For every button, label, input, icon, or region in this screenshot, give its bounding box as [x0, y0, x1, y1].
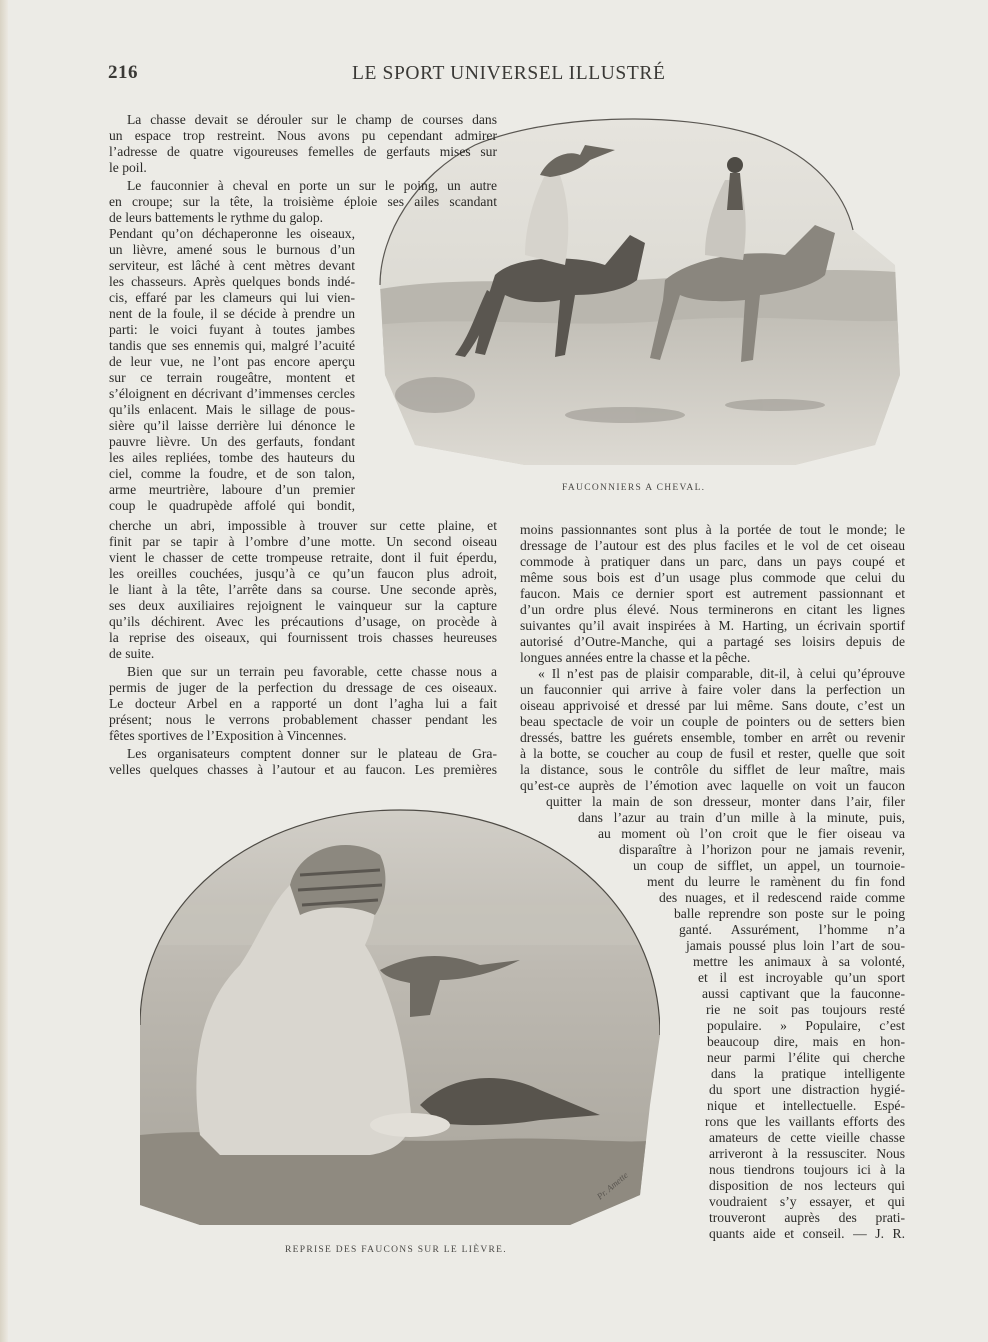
article-line: dressés, battre les guérets ensemble, to…: [520, 730, 905, 746]
article-line: beau spectacle de voir un couple de poin…: [520, 714, 905, 730]
article-line: parti: le voici fuyant à toutes jambes: [109, 322, 355, 338]
article-line: aussi captivant que la fauconne-: [702, 986, 905, 1002]
article-line: pauvre lièvre. Un des gerfauts, fondant: [109, 434, 355, 450]
article-line: beaucoup dire, mais en hon-: [707, 1034, 905, 1050]
article-line: arme meurtrière, laboure d’un premier: [109, 482, 355, 498]
article-line: fêtes sportives de l’Exposition à Vincen…: [109, 728, 497, 744]
article-line: moins passionnantes sont plus à la porté…: [520, 522, 905, 538]
running-title: LE SPORT UNIVERSEL ILLUSTRÉ: [352, 63, 666, 85]
article-line: cis, effaré par les clameurs qui lui vie…: [109, 290, 355, 306]
article-line: nique et intellectuelle. Espé-: [707, 1098, 905, 1114]
article-line: longues années entre la chasse et la pêc…: [520, 650, 905, 666]
article-line: quitter la main de son dresseur, monter …: [546, 794, 905, 810]
article-line: sur ce terrain rougeâtre, montent et: [109, 370, 355, 386]
article-line: ciel, comme la foudre, et de son talon,: [109, 466, 355, 482]
article-line: finit par se tapir à l’ombre d’une motte…: [109, 534, 497, 550]
article-line: trouveront auprès des prati-: [709, 1210, 905, 1226]
article-line: dans la pratique intelligente: [711, 1066, 905, 1082]
article-line: de leur vue, ne l’ont pas encore aperçu: [109, 354, 355, 370]
article-line: serviteur, est lâché à cent mètres devan…: [109, 258, 355, 274]
article-line: amateurs de cette vieille chasse: [709, 1130, 905, 1146]
article-line: à la botte, se coucher au coup de fusil …: [520, 746, 905, 762]
article-line: quants aide et conseil. — J. R.: [709, 1226, 905, 1242]
article-line: un espace trop restreint. Nous avons pu …: [109, 128, 497, 144]
article-line: dressage de l’autour est des plus facile…: [520, 538, 905, 554]
article-line: qu’est-ce auprès de l’émotion avec laque…: [520, 778, 905, 794]
article-line: vient le chasser de cette trompeuse retr…: [109, 550, 497, 566]
article-line: même sous bois est d’un usage plus commo…: [520, 570, 905, 586]
article-line: et il est incroyable qu’un sport: [698, 970, 905, 986]
page-number: 216: [108, 62, 138, 84]
article-line: autorisé d’Outre-Manche, qui a partagé s…: [520, 634, 905, 650]
article-line: sière qu’il laisse derrière lui dénonce …: [109, 418, 355, 434]
article-line: Bien que sur un terrain peu favorable, c…: [127, 664, 497, 680]
article-line: commode à pratiquer dans un parc, dans u…: [520, 554, 905, 570]
article-line: mettre les animaux à sa volonté,: [693, 954, 905, 970]
article-line: jamais poussé plus loin l’art de sou-: [686, 938, 905, 954]
article-line: d’un ordre plus élevé. Nous terminerons …: [520, 602, 905, 618]
article-line: en croupe; sur la tête, la troisième épl…: [109, 194, 497, 210]
article-line: un fauconnier qui arrive à faire voler d…: [520, 682, 905, 698]
article-line: La chasse devait se dérouler sur le cham…: [127, 112, 497, 128]
article-line: nous tiendrons toujours ici à la: [709, 1162, 905, 1178]
article-line: un lièvre, amené sous le burnous d’un: [109, 242, 355, 258]
article-line: balle reprendre son poste sur le poing: [674, 906, 905, 922]
article-line: Le fauconnier à cheval en porte un sur l…: [127, 178, 497, 194]
article-line: le poil.: [109, 160, 497, 176]
article-line: l’adresse de quatre vigoureuses femelles…: [109, 144, 497, 160]
article-line: s’éloignent en décrivant d’immenses cerc…: [109, 386, 355, 402]
article-line: au moment où l’on croit que le fier oise…: [598, 826, 905, 842]
article-line: un coup de sifflet, un appel, un tournoi…: [633, 858, 905, 874]
article-line: voudraient s’y essayer, et qui: [709, 1194, 905, 1210]
article-line: arriveront à la ressusciter. Nous: [709, 1146, 905, 1162]
article-line: ses deux auxiliaires rejoignent le vainq…: [109, 598, 497, 614]
photo-reprise-des-faucons: Pr. Amette: [140, 805, 660, 1225]
article-line: les oreilles couchées, jusqu’à ce qu’un …: [109, 566, 497, 582]
article-line: qu’ils enlacent. Mais le sillage de pous…: [109, 402, 355, 418]
article-line: le liant à la tête, l’arrête dans sa cou…: [109, 582, 497, 598]
article-line: ganté. Assurément, l’homme n’a: [679, 922, 905, 938]
article-line: oiseau apprivoisé et dressé par lui même…: [520, 698, 905, 714]
article-line: faucon. Mais ce dernier sport est autrem…: [520, 586, 905, 602]
article-line: rons que les vaillants efforts des: [705, 1114, 905, 1130]
article-line: présent; nous le verrons probablement ch…: [109, 712, 497, 728]
article-line: de leurs battements le rythme du galop.: [109, 210, 409, 226]
article-line: permis de juger de la perfection du dres…: [109, 680, 497, 696]
article-line: la reprise des oiseaux, qui fournissent …: [109, 630, 497, 646]
article-line: cherche un abri, impossible à trouver su…: [109, 518, 497, 534]
article-line: coup le quadrupède affolé qui bondit,: [109, 498, 355, 514]
article-line: ment du leurre le ramènent du fin fond: [647, 874, 905, 890]
article-line: neur parmi l’élite qui cherche: [707, 1050, 905, 1066]
article-line: de suite.: [109, 646, 497, 662]
article-line: tandis que ses ennemis qui, malgré l’acu…: [109, 338, 355, 354]
article-line: dans l’azur au train d’un mille à la min…: [578, 810, 905, 826]
article-line: la distance, sous le contrôle du sifflet…: [520, 762, 905, 778]
article-line: « Il n’est pas de plaisir comparable, di…: [538, 666, 905, 682]
page-binding-edge: [0, 0, 8, 1342]
article-line: nent de la foule, il se décide à prendre…: [109, 306, 355, 322]
figure-caption-reprise: REPRISE DES FAUCONS SUR LE LIÈVRE.: [285, 1245, 507, 1255]
article-line: disposition de nos lecteurs qui: [709, 1178, 905, 1194]
article-line: populaire. » Populaire, c’est: [707, 1018, 905, 1034]
article-line: du sport une distraction hygié-: [709, 1082, 905, 1098]
article-line: Les organisateurs comptent donner sur le…: [127, 746, 497, 762]
article-line: les chasseurs. Après quelques bonds indé…: [109, 274, 355, 290]
falconer-seated-illustration: Pr. Amette: [140, 805, 660, 1225]
article-line: Pendant qu’on déchaperonne les oiseaux,: [109, 226, 355, 242]
article-line: des nuages, et il redescend raide comme: [659, 890, 905, 906]
article-line: disparaître à l’horizon pour ne jamais r…: [619, 842, 905, 858]
article-line: rie ne soit pas toujours resté: [706, 1002, 905, 1018]
figure-caption-fauconniers: FAUCONNIERS A CHEVAL.: [562, 483, 705, 493]
article-line: velles quelques chasses à l’autour et au…: [109, 762, 497, 778]
article-line: les ailes repliées, tombe des hauteurs d…: [109, 450, 355, 466]
article-line: Le docteur Arbel en a rapporté un dont l…: [109, 696, 497, 712]
article-line: qu’ils déchirent. Avec les précautions d…: [109, 614, 497, 630]
article-line: suivantes qu’il avait inspirées à M. Har…: [520, 618, 905, 634]
